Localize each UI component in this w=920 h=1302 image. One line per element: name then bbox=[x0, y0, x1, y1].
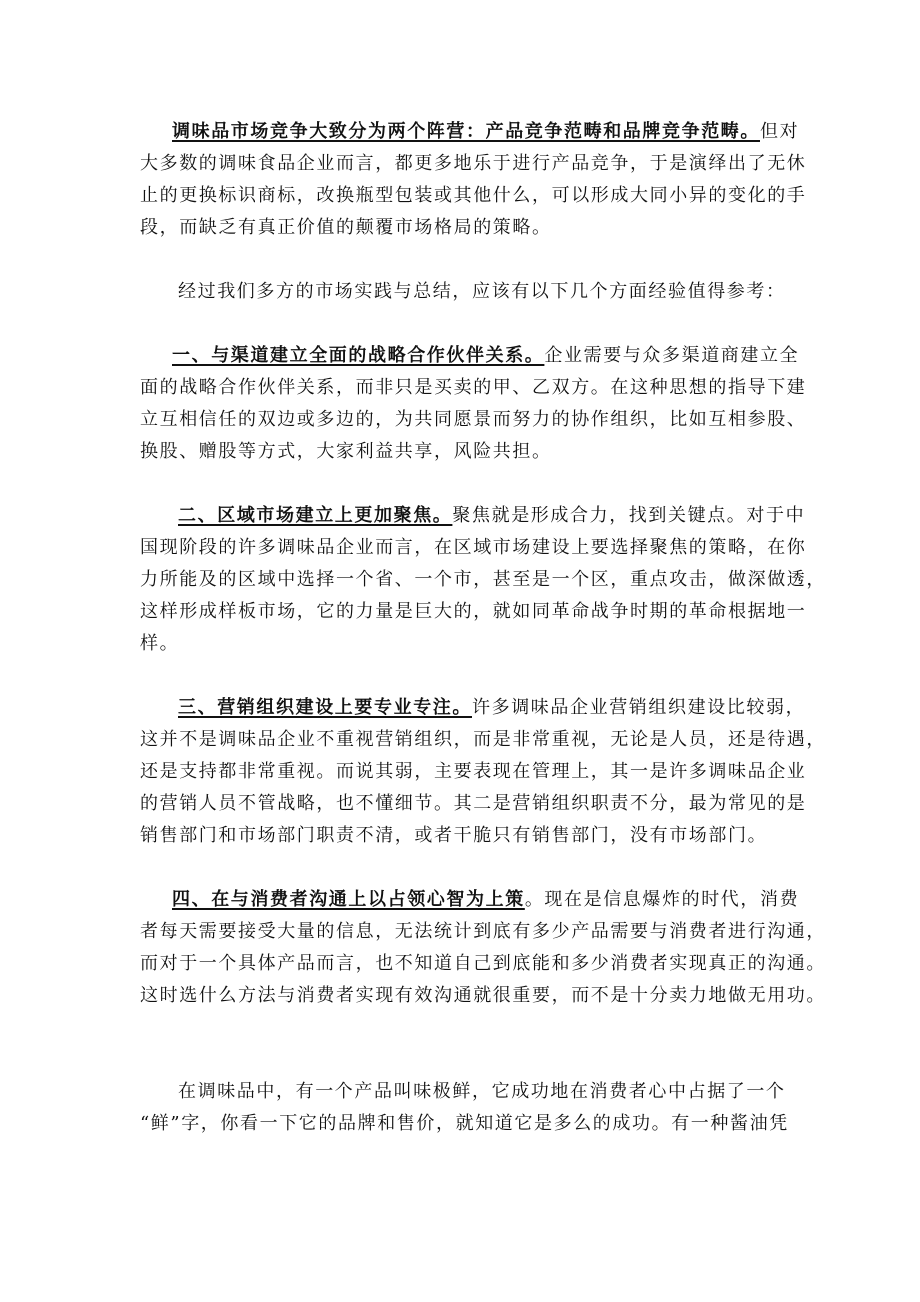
paragraph-heading: 二、区域市场建立上更加聚焦。 bbox=[178, 505, 452, 526]
paragraph-point-4: 四、在与消费者沟通上以占领心智为上策。现在是信息爆炸的时代，消费 者每天需要接受… bbox=[140, 884, 780, 1012]
paragraph-point-2: 二、区域市场建立上更加聚焦。聚焦就是形成合力，找到关键点。对于中 国现阶段的许多… bbox=[140, 500, 780, 660]
paragraph-example: 在调味品中，有一个产品叫味极鲜，它成功地在消费者心中占据了一个 “鲜”字，你看一… bbox=[140, 1076, 780, 1140]
text-line: 调味品市场竞争大致分为两个阵营：产品竞争范畴和品牌竞争范畴。但对 bbox=[140, 116, 780, 148]
text-line: 这并不是调味品企业不重视营销组织，而是非常重视，无论是人员，还是待遇， bbox=[140, 724, 780, 756]
text-line: 经过我们多方的市场实践与总结，应该有以下几个方面经验值得参考： bbox=[140, 276, 780, 308]
paragraph-heading: 一、与渠道建立全面的战略合作伙伴关系。 bbox=[172, 345, 544, 366]
paragraph-intro: 调味品市场竞争大致分为两个阵营：产品竞争范畴和品牌竞争范畴。但对 大多数的调味食… bbox=[140, 116, 780, 244]
paragraph-heading: 三、营销组织建设上要专业专注。 bbox=[178, 697, 472, 718]
paragraph-heading: 四、在与消费者沟通上以占领心智为上策 bbox=[172, 889, 525, 910]
text-line: “鲜”字，你看一下它的品牌和售价，就知道它是多么的成功。有一种酱油凭 bbox=[140, 1108, 780, 1140]
text-line: 大多数的调味食品企业而言，都更多地乐于进行产品竞争，于是演绎出了无休 bbox=[140, 148, 780, 180]
paragraph-heading: 调味品市场竞争大致分为两个阵营：产品竞争范畴和品牌竞争范畴。 bbox=[172, 121, 760, 142]
text-line: 立互相信任的双边或多边的，为共同愿景而努力的协作组织，比如互相参股、 bbox=[140, 404, 780, 436]
text-line: 的营销人员不管战略，也不懂细节。其二是营销组织职责不分，最为常见的是 bbox=[140, 788, 780, 820]
text-line: 二、区域市场建立上更加聚焦。聚焦就是形成合力，找到关键点。对于中 bbox=[140, 500, 780, 532]
text-line: 段，而缺乏有真正价值的颠覆市场格局的策略。 bbox=[140, 212, 780, 244]
document-page: 调味品市场竞争大致分为两个阵营：产品竞争范畴和品牌竞争范畴。但对 大多数的调味食… bbox=[140, 116, 780, 1140]
text-line: 这样形成样板市场，它的力量是巨大的，就如同革命战争时期的革命根据地一 bbox=[140, 596, 780, 628]
paragraph-summary: 经过我们多方的市场实践与总结，应该有以下几个方面经验值得参考： bbox=[140, 276, 780, 308]
text-line: 止的更换标识商标，改换瓶型包装或其他什么，可以形成大同小异的变化的手 bbox=[140, 180, 780, 212]
text-line: 还是支持都非常重视。而说其弱，主要表现在管理上，其一是许多调味品企业 bbox=[140, 756, 780, 788]
text-line: 销售部门和市场部门职责不清，或者干脆只有销售部门，没有市场部门。 bbox=[140, 820, 780, 852]
text-line: 者每天需要接受大量的信息，无法统计到底有多少产品需要与消费者进行沟通， bbox=[140, 916, 780, 948]
text-line: 这时选什么方法与消费者实现有效沟通就很重要，而不是十分卖力地做无用功。 bbox=[140, 980, 780, 1012]
paragraph-point-1: 一、与渠道建立全面的战略合作伙伴关系。企业需要与众多渠道商建立全 面的战略合作伙… bbox=[140, 340, 780, 468]
text-line: 国现阶段的许多调味品企业而言，在区域市场建设上要选择聚焦的策略，在你 bbox=[140, 532, 780, 564]
text-line: 面的战略合作伙伴关系，而非只是买卖的甲、乙双方。在这种思想的指导下建 bbox=[140, 372, 780, 404]
text-line: 一、与渠道建立全面的战略合作伙伴关系。企业需要与众多渠道商建立全 bbox=[140, 340, 780, 372]
text-line: 四、在与消费者沟通上以占领心智为上策。现在是信息爆炸的时代，消费 bbox=[140, 884, 780, 916]
text-line: 三、营销组织建设上要专业专注。许多调味品企业营销组织建设比较弱， bbox=[140, 692, 780, 724]
text-line: 力所能及的区域中选择一个省、一个市，甚至是一个区，重点攻击，做深做透， bbox=[140, 564, 780, 596]
text-line: 样。 bbox=[140, 628, 780, 660]
text-line: 在调味品中，有一个产品叫味极鲜，它成功地在消费者心中占据了一个 bbox=[140, 1076, 780, 1108]
paragraph-point-3: 三、营销组织建设上要专业专注。许多调味品企业营销组织建设比较弱， 这并不是调味品… bbox=[140, 692, 780, 852]
text-line: 换股、赠股等方式，大家利益共享，风险共担。 bbox=[140, 436, 780, 468]
text-line: 而对于一个具体产品而言，也不知道自己到底能和多少消费者实现真正的沟通。 bbox=[140, 948, 780, 980]
